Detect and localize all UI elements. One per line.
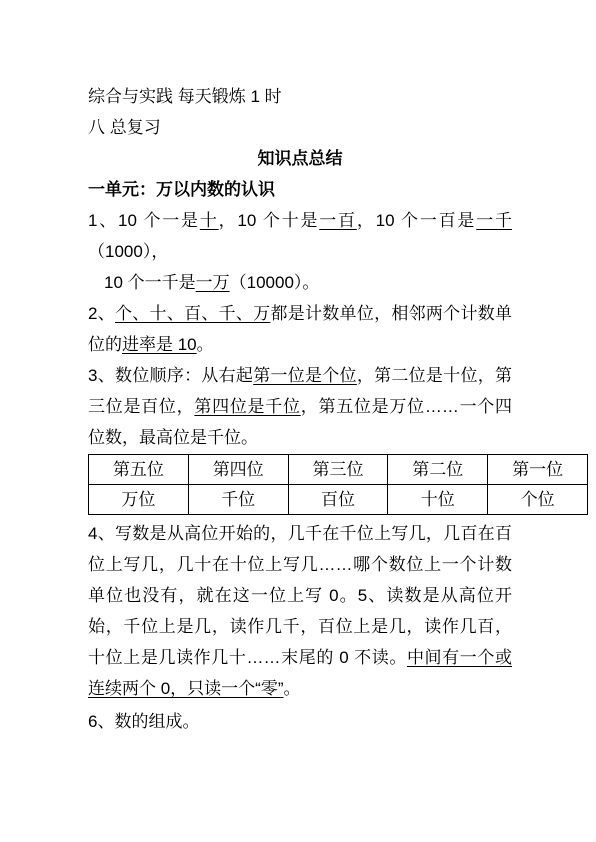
text-run: 十 xyxy=(200,211,219,230)
header-line-review: 八 总复习 xyxy=(88,112,512,143)
table-cell: 第五位 xyxy=(89,455,189,485)
text-run: 2、 xyxy=(88,304,115,323)
text-run: （10000）。 xyxy=(230,273,320,292)
section-heading: 一单元：万以内数的认识 xyxy=(88,174,512,205)
table-cell: 万位 xyxy=(89,485,189,515)
document-page: 综合与实践 每天锻炼 1 时 八 总复习 知识点总结 一单元：万以内数的认识 1… xyxy=(0,0,596,842)
text-run: 4、写数是从高位开始的，几千在千位上写几，几百在百位上写几，几十在十位上写几……… xyxy=(88,524,512,667)
header-line-practice: 综合与实践 每天锻炼 1 时 xyxy=(88,81,512,112)
text-run: 。 xyxy=(197,335,214,354)
table-cell: 第四位 xyxy=(188,455,288,485)
text-run: 个、十、百、千、万 xyxy=(115,304,270,323)
place-value-table: 第五位第四位第三位第二位第一位 万位千位百位十位个位 xyxy=(88,454,588,515)
table-cell: 第一位 xyxy=(488,455,588,485)
point-1-paragraph: 1、10 个一是十，10 个十是一百，10 个一百是一千（1000）， xyxy=(88,205,512,267)
place-value-name-row: 万位千位百位十位个位 xyxy=(89,485,588,515)
table-cell: 百位 xyxy=(288,485,388,515)
table-cell: 十位 xyxy=(388,485,488,515)
text-run: 。 xyxy=(284,679,301,698)
text-run: （1000）， xyxy=(88,242,168,261)
text-run: ，10 个一百是 xyxy=(357,211,476,230)
place-value-position-row: 第五位第四位第三位第二位第一位 xyxy=(89,455,588,485)
text-run: ，10 个十是 xyxy=(219,211,320,230)
point-2-paragraph: 2、个、十、百、千、万都是计数单位，相邻两个计数单位的进率是 10。 xyxy=(88,298,512,360)
point-4-5-paragraph: 4、写数是从高位开始的，几千在千位上写几，几百在百位上写几，几十在十位上写几……… xyxy=(88,518,512,704)
text-run: 6、数的组成。 xyxy=(88,712,199,731)
text-run: 10 个一千是 xyxy=(104,273,196,292)
text-run: 3、数位顺序：从右起 xyxy=(88,366,253,385)
point-6-paragraph: 6、数的组成。 xyxy=(88,706,512,737)
document-body: 综合与实践 每天锻炼 1 时 八 总复习 知识点总结 一单元：万以内数的认识 1… xyxy=(88,81,512,737)
page-title: 知识点总结 xyxy=(88,143,512,174)
table-cell: 第二位 xyxy=(388,455,488,485)
point-1-continued-paragraph: 10 个一千是一万（10000）。 xyxy=(88,267,512,298)
text-run: 第四位是千位 xyxy=(194,397,300,416)
text-run: 一百 xyxy=(319,211,357,230)
table-cell: 千位 xyxy=(188,485,288,515)
point-3-paragraph: 3、数位顺序：从右起第一位是个位，第二位是十位，第三位是百位，第四位是千位，第五… xyxy=(88,360,512,453)
text-run: 1、10 个一是 xyxy=(88,211,200,230)
text-run: 第一位是个位 xyxy=(253,366,357,385)
text-run: 一千 xyxy=(476,211,512,230)
table-cell: 个位 xyxy=(488,485,588,515)
text-run: 一万 xyxy=(196,273,230,292)
text-run: 进率是 10 xyxy=(122,335,197,354)
table-cell: 第三位 xyxy=(288,455,388,485)
